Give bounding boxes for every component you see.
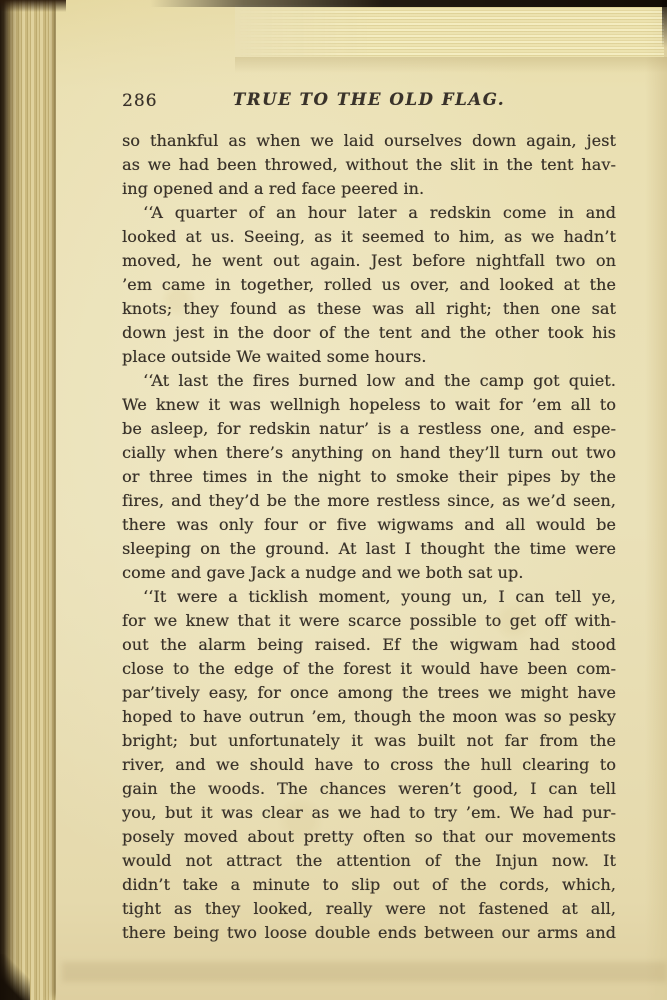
book-cover-corner-top-left [0,0,66,12]
book-cover-corner-bottom-left [0,954,30,1000]
text-line: ’em came in together, rolled us over, an… [122,273,616,297]
page-number: 286 [122,91,157,111]
text-line: par’tively easy, for once among the tree… [122,681,616,705]
text-line: close to the edge of the forest it would… [122,657,616,681]
paragraph: ‘‘A quarter of an hour later a redskin c… [122,201,616,369]
text-line: posely moved about pretty often so that … [122,825,616,849]
text-line: come and gave Jack a nudge and we both s… [122,561,616,585]
text-line: bright; but unfortunately it was built n… [122,729,616,753]
text-line: for we knew that it were scarce possible… [122,609,616,633]
book-cover-right-edge [662,0,667,48]
text-line: ‘‘It were a ticklish moment, young un, I… [122,585,616,609]
running-title: TRUE TO THE OLD FLAG. [122,90,616,109]
text-line: sleeping on the ground. At last I though… [122,537,616,561]
text-line: gain the woods. The chances weren’t good… [122,777,616,801]
text-line: river, and we should have to cross the h… [122,753,616,777]
text-line: so thankful as when we laid ourselves do… [122,129,616,153]
text-line: out the alarm being raised. Ef the wigwa… [122,633,616,657]
text-line: ‘‘At last the fires burned low and the c… [122,369,616,393]
text-line: cially when there’s anything on hand the… [122,441,616,465]
text-line: fires, and they’d be the more restless s… [122,489,616,513]
text-line: tight as they looked, really were not fa… [122,897,616,921]
paragraph: so thankful as when we laid ourselves do… [122,129,616,201]
book-scan: 286 TRUE TO THE OLD FLAG. so thankful as… [0,0,667,1000]
text-line: be asleep, for redskin natur’ is a restl… [122,417,616,441]
page-bottom-shadow [62,962,667,982]
text-line: looked at us. Seeing, as it seemed to hi… [122,225,616,249]
text-line: would not attract the attention of the I… [122,849,616,873]
text-line: ing opened and a red face peered in. [122,177,616,201]
running-header: 286 TRUE TO THE OLD FLAG. [122,90,616,111]
text-line: you, but it was clear as we had to try ’… [122,801,616,825]
text-block: so thankful as when we laid ourselves do… [122,129,616,945]
text-line: We knew it was wellnigh hopeless to wait… [122,393,616,417]
book-page-edges-left [0,0,62,1000]
page-content: 286 TRUE TO THE OLD FLAG. so thankful as… [122,0,616,945]
text-line: there being two loose double ends betwee… [122,921,616,945]
text-line: hoped to have outrun ’em, though the moo… [122,705,616,729]
text-line: ‘‘A quarter of an hour later a redskin c… [122,201,616,225]
text-line: place outside We waited some hours. [122,345,616,369]
paragraph: ‘‘It were a ticklish moment, young un, I… [122,585,616,945]
text-line: moved, he went out again. Jest before ni… [122,249,616,273]
text-line: didn’t take a minute to slip out of the … [122,873,616,897]
paragraph: ‘‘At last the fires burned low and the c… [122,369,616,585]
text-line: knots; they found as these was all right… [122,297,616,321]
text-line: as we had been throwed, without the slit… [122,153,616,177]
text-line: down jest in the door of the tent and th… [122,321,616,345]
text-line: there was only four or five wigwams and … [122,513,616,537]
text-line: or three times in the night to smoke the… [122,465,616,489]
